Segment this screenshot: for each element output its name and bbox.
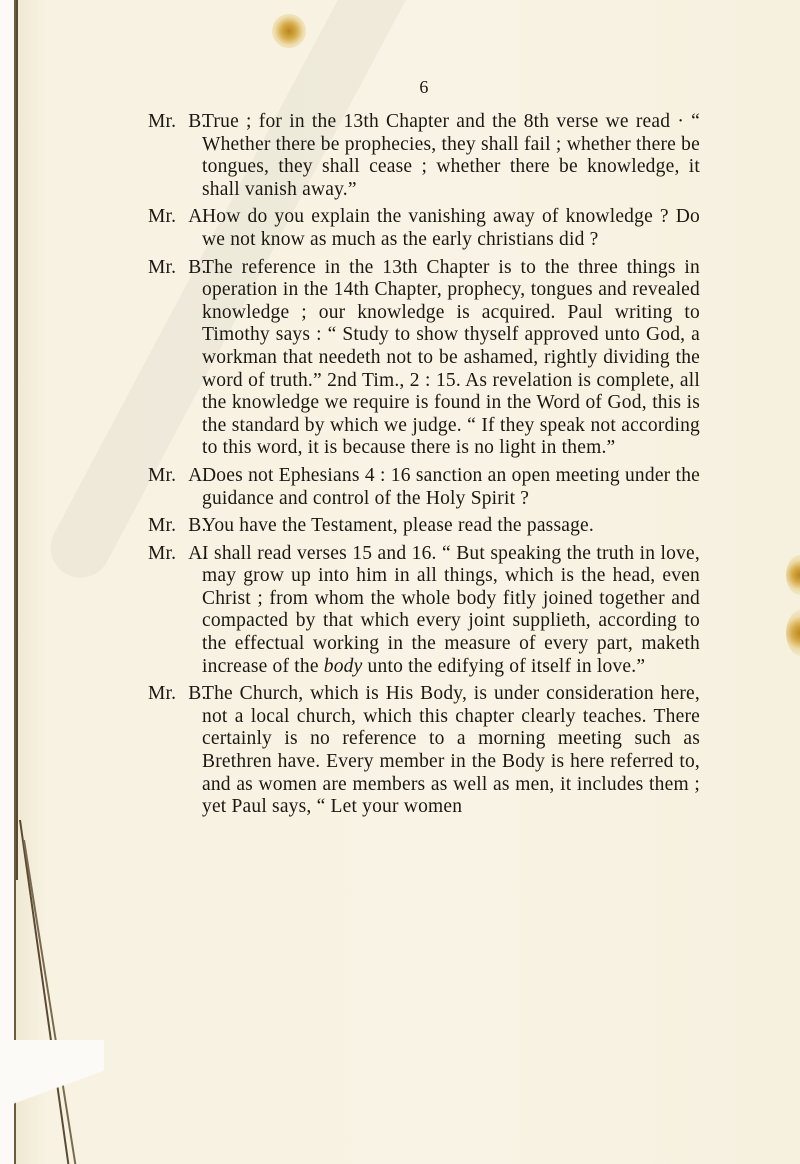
speaker-label: Mr.B.: [148, 683, 207, 706]
speaker-title: Mr.: [148, 465, 176, 486]
speaker-label: Mr.A.: [148, 206, 208, 229]
stain-mark: [272, 14, 306, 48]
paragraph-body: The Church, which is His Body, is under …: [202, 683, 700, 817]
speaker-label: Mr.A.: [148, 465, 208, 488]
dialogue-paragraph: Mr.B. True ; for in the 13th Chapter and…: [148, 111, 700, 201]
dialogue-paragraph: Mr.B. The Church, which is His Body, is …: [148, 683, 700, 819]
speaker-title: Mr.: [148, 257, 176, 278]
text-segment: unto the edifying of itself in love.”: [362, 656, 645, 677]
page-number: 6: [148, 76, 700, 98]
paragraph-body: I shall read verses 15 and 16. “ But spe…: [202, 543, 700, 677]
dialogue-paragraph: Mr.A. Does not Ephesians 4 : 16 sanction…: [148, 465, 700, 510]
paragraph-body: True ; for in the 13th Chapter and the 8…: [202, 111, 700, 200]
speaker-title: Mr.: [148, 515, 176, 536]
scanned-page: 6 Mr.B. True ; for in the 13th Chapter a…: [0, 0, 800, 1164]
speaker-initial: A.: [188, 465, 207, 486]
speaker-label: Mr.B.: [148, 257, 207, 280]
page-edge-line: [16, 0, 18, 880]
italic-emphasis: body: [324, 656, 363, 677]
dialogue-text: 6 Mr.B. True ; for in the 13th Chapter a…: [148, 76, 700, 824]
torn-corner: [14, 1040, 104, 1164]
speaker-title: Mr.: [148, 543, 176, 564]
scan-margin: [0, 0, 14, 1164]
paragraph-body: You have the Testament, please read the …: [202, 515, 594, 536]
speaker-initial: A.: [188, 543, 207, 564]
speaker-label: Mr.B.: [148, 515, 207, 538]
dialogue-paragraph: Mr.B. You have the Testament, please rea…: [148, 515, 700, 538]
speaker-label: Mr.B.: [148, 111, 207, 134]
dialogue-paragraph: Mr.A. How do you explain the vanishing a…: [148, 206, 700, 251]
paragraph-body: The reference in the 13th Chapter is to …: [202, 257, 700, 459]
speaker-initial: B.: [188, 257, 206, 278]
paragraph-body: How do you explain the vanishing away of…: [202, 206, 700, 250]
speaker-title: Mr.: [148, 111, 176, 132]
dialogue-paragraph: Mr.B. The reference in the 13th Chapter …: [148, 257, 700, 460]
speaker-title: Mr.: [148, 206, 176, 227]
speaker-initial: B.: [188, 111, 206, 132]
speaker-initial: B.: [188, 515, 206, 536]
dialogue-paragraph: Mr.A. I shall read verses 15 and 16. “ B…: [148, 543, 700, 679]
paragraph-body: Does not Ephesians 4 : 16 sanction an op…: [202, 465, 700, 509]
speaker-initial: B.: [188, 683, 206, 704]
speaker-title: Mr.: [148, 683, 176, 704]
speaker-initial: A.: [188, 206, 207, 227]
speaker-label: Mr.A.: [148, 543, 208, 566]
